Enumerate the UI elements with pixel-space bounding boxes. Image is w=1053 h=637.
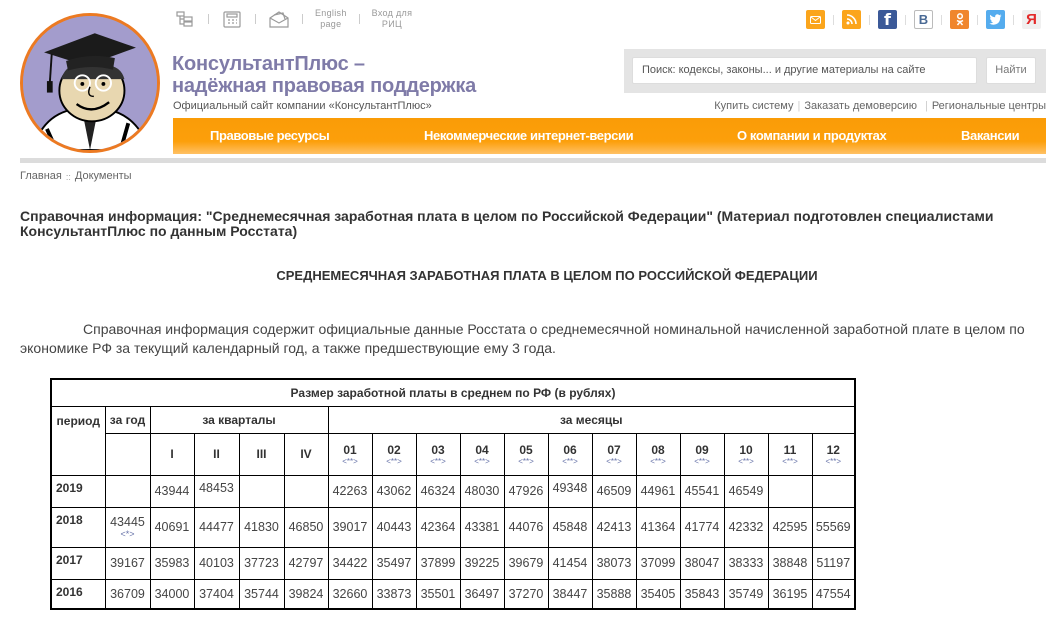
header-month: 07<**>: [592, 433, 636, 475]
table-row: 2016367093400037404357443982432660338733…: [51, 579, 855, 609]
divider: [255, 14, 256, 24]
month-value: 49348: [548, 475, 592, 507]
month-label: 06: [563, 443, 576, 457]
month-value: 44076: [504, 507, 548, 547]
month-value: 43381: [460, 507, 504, 547]
search-input[interactable]: Поиск: кодексы, законы... и другие матер…: [632, 57, 977, 84]
month-value: 42332: [724, 507, 768, 547]
divider: [208, 14, 209, 24]
search-button[interactable]: Найти: [986, 57, 1036, 84]
month-value: 42413: [592, 507, 636, 547]
month-value: 38333: [724, 547, 768, 579]
quarter-value: 37404: [194, 579, 239, 609]
annual-value: [105, 475, 150, 507]
consultant-logo[interactable]: [20, 13, 160, 153]
divider: [905, 15, 906, 25]
envelope-open-icon[interactable]: [268, 8, 290, 30]
annual-value-text: 36709: [110, 587, 145, 601]
month-value: 37899: [416, 547, 460, 579]
header-month: 11<**>: [768, 433, 812, 475]
month-label: 02: [387, 443, 400, 457]
quarter-value: 44477: [194, 507, 239, 547]
table-row: 201843445<*>4069144477418304685039017404…: [51, 507, 855, 547]
divider: [833, 15, 834, 25]
quarter-value: 41830: [239, 507, 284, 547]
header-month: 05<**>: [504, 433, 548, 475]
english-page-link[interactable]: English page: [315, 8, 347, 30]
month-label: 05: [519, 443, 532, 457]
month-value: 51197: [812, 547, 855, 579]
row-year: 2018: [51, 507, 105, 547]
month-value: 41454: [548, 547, 592, 579]
divider-bar: [20, 158, 1046, 163]
odnoklassniki-icon[interactable]: [950, 10, 969, 29]
month-value: 41774: [680, 507, 724, 547]
header-month: 10<**>: [724, 433, 768, 475]
month-value: 48030: [460, 475, 504, 507]
header-annual-blank: [105, 433, 150, 475]
footnote-link[interactable]: <**>: [637, 457, 680, 467]
month-value: 55569: [812, 507, 855, 547]
footnote-link[interactable]: <**>: [549, 457, 592, 467]
buy-system-link[interactable]: Купить систему: [714, 100, 793, 112]
mail-icon[interactable]: [806, 10, 825, 29]
header-month: 02<**>: [372, 433, 416, 475]
calculator-icon[interactable]: [221, 8, 243, 30]
rss-icon[interactable]: [842, 10, 861, 29]
english-page-label: English: [315, 8, 347, 19]
brand-title[interactable]: КонсультантПлюс –: [172, 53, 365, 75]
nav-vacancies[interactable]: Вакансии: [961, 128, 1019, 143]
month-value: 46549: [724, 475, 768, 507]
header-quarters: за кварталы: [150, 406, 328, 433]
header-quarter: III: [239, 433, 284, 475]
month-value: 45848: [548, 507, 592, 547]
footnote-link[interactable]: <**>: [461, 457, 504, 467]
divider: [869, 15, 870, 25]
quarter-value: 40103: [194, 547, 239, 579]
annual-value: 43445<*>: [105, 507, 150, 547]
annual-value: 39167: [105, 547, 150, 579]
divider: [302, 14, 303, 24]
brand-tagline[interactable]: надёжная правовая поддержка: [172, 75, 476, 97]
month-value: 38447: [548, 579, 592, 609]
header-month: 09<**>: [680, 433, 724, 475]
quarter-value: 46850: [284, 507, 328, 547]
month-label: 11: [784, 443, 797, 457]
month-value: 33873: [372, 579, 416, 609]
quarter-value: 35983: [150, 547, 194, 579]
twitter-icon[interactable]: [986, 10, 1005, 29]
ric-login-label: Вход для: [372, 8, 413, 19]
month-label: 04: [475, 443, 488, 457]
month-label: 12: [827, 443, 840, 457]
month-value: 44961: [636, 475, 680, 507]
month-value: 42364: [416, 507, 460, 547]
annual-value: 36709: [105, 579, 150, 609]
quarter-value: [284, 475, 328, 507]
month-value: 37099: [636, 547, 680, 579]
footnote-link[interactable]: <**>: [769, 457, 812, 467]
month-value: 34422: [328, 547, 372, 579]
month-label: 09: [695, 443, 708, 457]
header-quarter: IV: [284, 433, 328, 475]
main-nav: Правовые ресурсы Некоммерческие интернет…: [173, 118, 1046, 154]
footnote-link[interactable]: <**>: [593, 457, 636, 467]
month-value: 35888: [592, 579, 636, 609]
search-bar: Поиск: кодексы, законы... и другие матер…: [624, 49, 1046, 93]
footnote-link[interactable]: <*>: [106, 529, 150, 539]
footnote-link[interactable]: <**>: [505, 457, 548, 467]
quarter-value: 42797: [284, 547, 328, 579]
month-value: 35501: [416, 579, 460, 609]
yandex-icon[interactable]: Я: [1022, 10, 1041, 29]
regional-centers-link[interactable]: Региональные центры: [932, 100, 1046, 112]
header-month: 12<**>: [812, 433, 855, 475]
header-months: за месяцы: [328, 406, 855, 433]
document-intro: Справочная информация содержит официальн…: [20, 320, 1050, 358]
header-quarter: II: [194, 433, 239, 475]
header-month: 01<**>: [328, 433, 372, 475]
month-value: 47926: [504, 475, 548, 507]
month-value: 35749: [724, 579, 768, 609]
order-demo-link[interactable]: Заказать демоверсию: [804, 100, 917, 112]
table-row: 2019439444845342263430624632448030479264…: [51, 475, 855, 507]
annual-value-text: 39167: [110, 556, 145, 570]
month-value: 39679: [504, 547, 548, 579]
quarter-value: 37723: [239, 547, 284, 579]
divider: [1013, 15, 1014, 25]
month-value: 46509: [592, 475, 636, 507]
footnote-link[interactable]: <**>: [725, 457, 768, 467]
month-value: 47554: [812, 579, 855, 609]
english-page-label-2: page: [315, 19, 347, 30]
breadcrumb-separator: ::: [66, 170, 71, 184]
month-label: 07: [607, 443, 620, 457]
nav-legal-resources[interactable]: Правовые ресурсы: [210, 128, 329, 143]
month-label: 01: [343, 443, 356, 457]
month-label: 10: [739, 443, 752, 457]
month-value: 37270: [504, 579, 548, 609]
month-value: [768, 475, 812, 507]
header-month: 03<**>: [416, 433, 460, 475]
document-heading: СРЕДНЕМЕСЯЧНАЯ ЗАРАБОТНАЯ ПЛАТА В ЦЕЛОМ …: [0, 268, 1053, 283]
table-caption: Размер заработной платы в среднем по РФ …: [51, 379, 855, 406]
nav-about-company[interactable]: О компании и продуктах: [737, 128, 886, 143]
table-row: 2017391673598340103377234279734422354973…: [51, 547, 855, 579]
header-month: 04<**>: [460, 433, 504, 475]
month-value: 38073: [592, 547, 636, 579]
nav-noncommercial-versions[interactable]: Некоммерческие интернет-версии: [424, 128, 633, 143]
utility-links: English page Вход для РИЦ: [174, 8, 412, 30]
row-year: 2016: [51, 579, 105, 609]
quarter-value: 34000: [150, 579, 194, 609]
social-links: f B Я: [806, 10, 1041, 29]
footnote-link[interactable]: <**>: [681, 457, 724, 467]
footnote-link[interactable]: <**>: [813, 457, 855, 467]
month-label: 03: [431, 443, 444, 457]
month-value: 45541: [680, 475, 724, 507]
month-value: 43062: [372, 475, 416, 507]
quarter-value: 39824: [284, 579, 328, 609]
quarter-value: 43944: [150, 475, 194, 507]
quarter-value: [239, 475, 284, 507]
month-value: 40443: [372, 507, 416, 547]
divider: [941, 15, 942, 25]
quarter-value: 35744: [239, 579, 284, 609]
ric-login-label-2: РИЦ: [372, 19, 413, 30]
divider: |: [797, 100, 800, 112]
divider: [359, 14, 360, 24]
breadcrumb-documents[interactable]: Документы: [75, 170, 132, 184]
footnote-link[interactable]: <**>: [373, 457, 416, 467]
month-value: 35497: [372, 547, 416, 579]
month-value: 42595: [768, 507, 812, 547]
month-value: 46324: [416, 475, 460, 507]
month-value: 38848: [768, 547, 812, 579]
professor-mascot-icon: [23, 16, 157, 150]
vk-icon[interactable]: B: [914, 10, 933, 29]
document-title: Справочная информация: "Среднемесячная з…: [20, 209, 1050, 239]
month-value: 42263: [328, 475, 372, 507]
month-value: 32660: [328, 579, 372, 609]
breadcrumb: Главная :: Документы: [20, 170, 132, 184]
divider: |: [925, 100, 928, 112]
header-annual: за год: [105, 406, 150, 433]
divider: [977, 15, 978, 25]
month-value: 38047: [680, 547, 724, 579]
month-label: 08: [651, 443, 664, 457]
quarter-value: 48453: [194, 475, 239, 507]
facebook-icon[interactable]: f: [878, 10, 897, 29]
sitemap-icon[interactable]: [174, 8, 196, 30]
month-value: 35843: [680, 579, 724, 609]
row-year: 2017: [51, 547, 105, 579]
month-value: 36497: [460, 579, 504, 609]
annual-value-text: 43445: [110, 515, 145, 529]
header-links: Купить систему | Заказать демоверсию | Р…: [714, 100, 1046, 112]
header-month: 08<**>: [636, 433, 680, 475]
month-value: 36195: [768, 579, 812, 609]
brand-subtitle: Официальный сайт компании «КонсультантПл…: [173, 100, 432, 112]
footnote-link[interactable]: <**>: [329, 457, 372, 467]
month-value: 39225: [460, 547, 504, 579]
header-period: период: [51, 406, 105, 475]
ric-login-link[interactable]: Вход для РИЦ: [372, 8, 413, 30]
month-value: 35405: [636, 579, 680, 609]
row-year: 2019: [51, 475, 105, 507]
breadcrumb-home[interactable]: Главная: [20, 170, 62, 184]
month-value: 41364: [636, 507, 680, 547]
header-month: 06<**>: [548, 433, 592, 475]
month-value: [812, 475, 855, 507]
header-quarter: I: [150, 433, 194, 475]
footnote-link[interactable]: <**>: [417, 457, 460, 467]
month-value: 39017: [328, 507, 372, 547]
quarter-value: 40691: [150, 507, 194, 547]
salary-table: Размер заработной платы в среднем по РФ …: [50, 378, 856, 610]
